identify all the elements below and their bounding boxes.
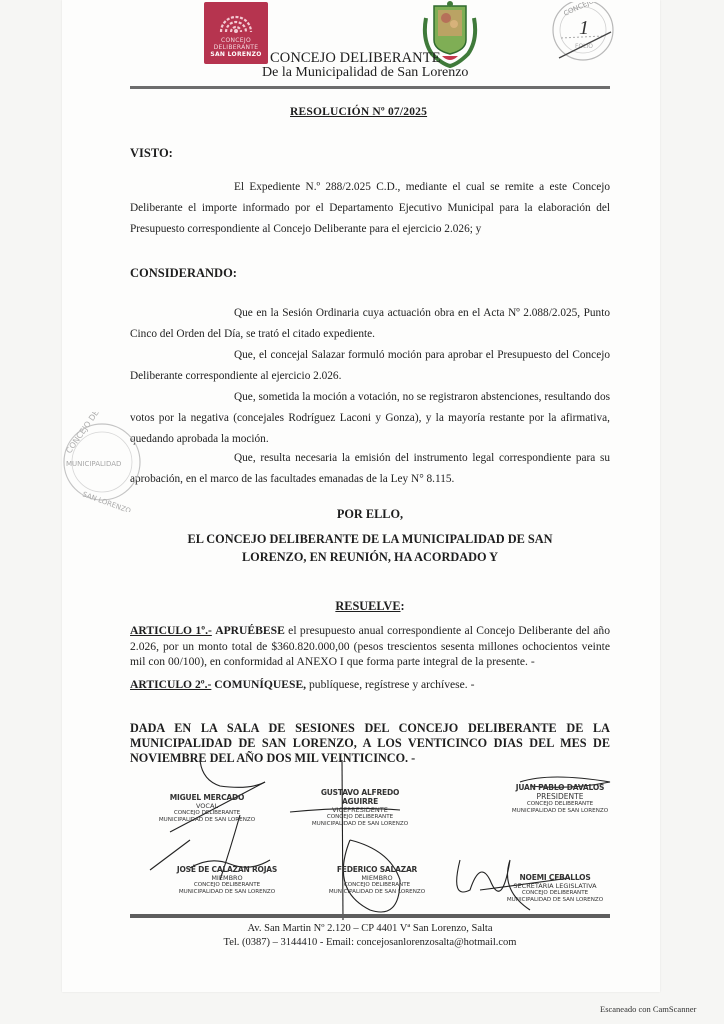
footer-contact: Tel. (0387) – 3144410 - Email: concejosa…	[130, 937, 610, 948]
visto-text: El Expediente N.º 288/2.025 C.D., median…	[130, 177, 610, 240]
logo-line-2: DELIBERANTE	[214, 44, 259, 51]
article-1: ARTICULO 1º.- APRUÉBESE el presupuesto a…	[130, 623, 610, 670]
concejo-logo: CONCEJO DELIBERANTE SAN LORENZO	[204, 2, 268, 64]
resuelve-heading: RESUELVE:	[130, 597, 610, 615]
signature-block-miembro-salazar: FEDERICO SALAZAR MIEMBRO CONCEJO DELIBER…	[322, 865, 432, 896]
article-2: ARTICULO 2º.- COMUNÍQUESE, publíquese, r…	[130, 677, 610, 693]
acuerdo-statement: EL CONCEJO DELIBERANTE DE LA MUNICIPALID…	[130, 530, 610, 566]
resolution-title: RESOLUCIÓN Nº 07/2025	[290, 106, 427, 118]
header-divider	[130, 86, 610, 89]
stamp-ring-bottom: SAN LORENZO	[81, 490, 132, 512]
stamp-ring-mid: MUNICIPALIDAD	[66, 460, 121, 468]
footer-address: Av. San Martin Nº 2.120 – CP 4401 Vª San…	[130, 923, 610, 934]
signature-block-miembro-rojas: JOSÉ DE CALAZAN ROJAS MIEMBRO CONCEJO DE…	[172, 865, 282, 896]
header-subtitle: De la Municipalidad de San Lorenzo	[262, 65, 468, 81]
considerando-heading: CONSIDERANDO:	[130, 266, 237, 281]
logo-line-3: SAN LORENZO	[210, 51, 261, 58]
signature-block-presidente: JUAN PABLO DAVALOS PRESIDENTE CONCEJO DE…	[505, 783, 615, 815]
camscanner-watermark: Escaneado con CamScanner	[600, 1004, 696, 1014]
dada-statement: DADA EN LA SALA DE SESIONES DEL CONCEJO …	[130, 721, 610, 766]
considerando-paragraph-3: Que, sometida la moción a votación, no s…	[130, 387, 610, 450]
folio-stamp-icon: CONCEJO DE... 1 FOLIO	[545, 2, 621, 62]
considerando-paragraph-1: Que en la Sesión Ordinaria cuya actuació…	[130, 303, 610, 345]
signature-block-vicepresidente: GUSTAVO ALFREDO AGUIRRE VICEPRESIDENTE C…	[305, 788, 415, 828]
logo-line-1: CONCEJO	[221, 37, 251, 44]
considerando-paragraph-2: Que, el concejal Salazar formuló moción …	[130, 345, 610, 387]
por-ello: POR ELLO,	[130, 505, 610, 523]
visto-heading: VISTO:	[130, 146, 173, 161]
footer-divider	[130, 914, 610, 918]
concejo-arcs-icon	[218, 11, 254, 33]
signature-block-vocal: MIGUEL MERCADO VOCAL CONCEJO DELIBERANTE…	[152, 793, 262, 824]
stamp-ring-top: CONCEJO DELIBERANTE	[64, 412, 126, 455]
folio-number: 1	[579, 17, 589, 39]
signature-block-secretaria: NOEMI CEBALLOS SECRETARIA LEGISLATIVA CO…	[500, 873, 610, 904]
considerando-paragraph-4: Que, resulta necesaria la emisión del in…	[130, 448, 610, 490]
council-stamp-icon: CONCEJO DELIBERANTE MUNICIPALIDAD SAN LO…	[58, 412, 142, 512]
